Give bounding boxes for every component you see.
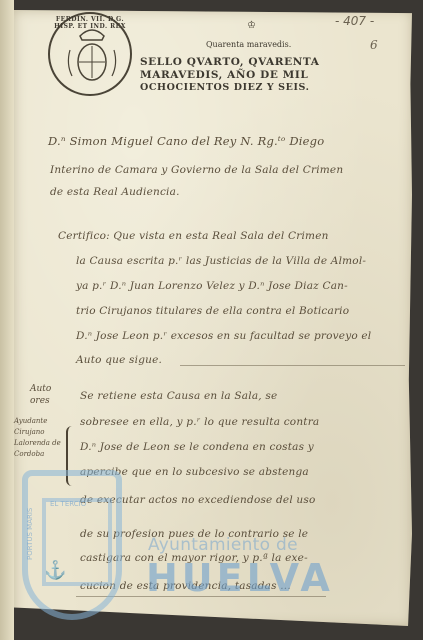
margin-note-4: Cordoba <box>14 449 44 460</box>
anchor-icon: ⚓ <box>44 560 66 581</box>
body-line-5: D.ⁿ Jose Leon p.ʳ excesos en su facultad… <box>76 330 371 342</box>
shield-top-text: EL TERCIO <box>50 500 86 508</box>
stamp-line-2: MARAVEDIS, AÑO DE MIL <box>140 69 308 81</box>
heading-line-3: de esta Real Audiencia. <box>50 186 180 198</box>
crown-mark-icon: ♔ <box>247 20 256 31</box>
body-line-4: trio Cirujanos titulares de ella contra … <box>76 305 349 317</box>
adjacent-page-edge <box>0 0 14 640</box>
watermark-ayuntamiento: Ayuntamiento de <box>148 535 298 555</box>
stamp-value-text: Quarenta maravedis. <box>206 40 291 49</box>
folio-subnumber: 6 <box>370 38 378 52</box>
auto-line-3: D.ⁿ Jose de Leon se le condena en costas… <box>80 441 314 453</box>
line-filler-rule <box>180 365 405 366</box>
margin-note-1: Ayudante <box>14 416 47 427</box>
heading-line-1: D.ⁿ Simon Miguel Cano del Rey N. Rg.ᵗᵒ D… <box>48 134 324 148</box>
margin-auto-label-2: ores <box>30 396 50 407</box>
body-line-6: Auto que sigue. <box>76 354 162 366</box>
auto-line-1: Se retiene esta Causa en la Sala, se <box>80 390 277 402</box>
heading-line-2: Interino de Camara y Govierno de la Sala… <box>50 164 343 176</box>
auto-line-2: sobresee en ella, y p.ʳ lo que resulta c… <box>80 416 319 428</box>
royal-seal-stamp: FERDIN. VII. D.G. HISP. ET IND. REX <box>48 12 132 96</box>
margin-note-2: Cirujano <box>14 427 45 438</box>
stamp-line-1: SELLO QVARTO, QVARENTA <box>140 56 320 68</box>
folio-number: - 407 - <box>335 14 374 28</box>
watermark-huelva: HUELVA <box>146 556 334 600</box>
huelva-shield-watermark-icon <box>22 470 122 620</box>
margin-note-3: Lalorenda de <box>14 438 61 449</box>
shield-left-text: PORTUS MARIS <box>26 508 34 560</box>
coat-of-arms-icon <box>64 24 120 88</box>
body-line-3: ya p.ʳ D.ⁿ Juan Lorenzo Velez y D.ⁿ Jose… <box>76 280 348 292</box>
stamp-line-3: OCHOCIENTOS DIEZ Y SEIS. <box>140 82 310 93</box>
body-line-2: la Causa escrita p.ʳ las Justicias de la… <box>76 255 366 267</box>
margin-auto-label: Auto <box>30 384 51 395</box>
body-line-1: Certifico: Que vista en esta Real Sala d… <box>58 230 329 242</box>
